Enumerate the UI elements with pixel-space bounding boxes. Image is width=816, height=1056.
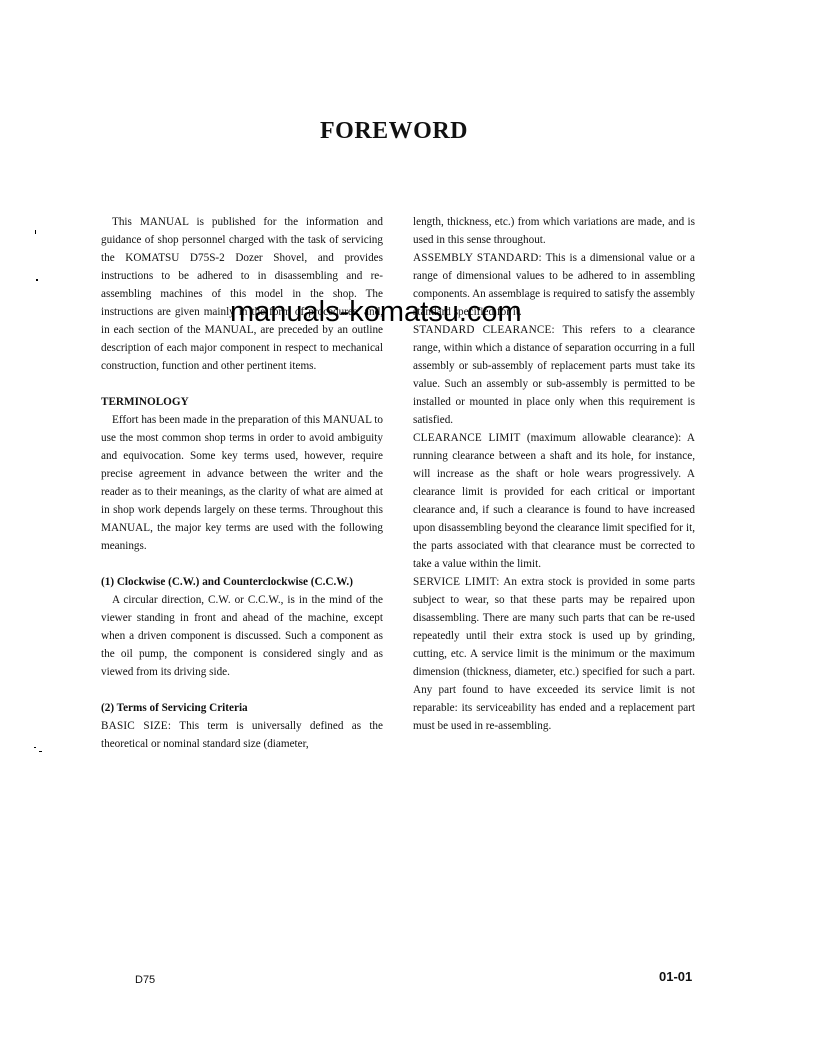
- clearance-limit-text: (maximum allowable clearance): A running…: [413, 432, 695, 570]
- section-1-paragraph: A circular direction, C.W. or C.C.W., is…: [101, 591, 383, 681]
- left-column: This MANUAL is published for the informa…: [101, 213, 383, 753]
- basic-size-term: BASIC SIZE:: [101, 720, 171, 732]
- section-1-heading: (1) Clockwise (C.W.) and Counterclockwis…: [101, 573, 383, 591]
- terminology-paragraph: Effort has been made in the preparation …: [101, 411, 383, 555]
- scan-speck: [39, 751, 42, 752]
- scan-speck: [35, 230, 36, 234]
- basic-size-continued: length, thickness, etc.) from which vari…: [413, 213, 695, 249]
- service-limit-paragraph: SERVICE LIMIT: An extra stock is provide…: [413, 573, 695, 735]
- standard-clearance-text: This refers to a clearance range, within…: [413, 324, 695, 426]
- footer-page-number: 01-01: [659, 969, 692, 984]
- standard-clearance-paragraph: STANDARD CLEARANCE: This refers to a cle…: [413, 321, 695, 429]
- clearance-limit-term: CLEARANCE LIMIT: [413, 432, 521, 444]
- section-2-heading: (2) Terms of Servicing Criteria: [101, 699, 383, 717]
- clearance-limit-paragraph: CLEARANCE LIMIT (maximum allowable clear…: [413, 429, 695, 573]
- footer-model: D75: [135, 974, 155, 986]
- service-limit-text: An extra stock is provided in some parts…: [413, 576, 695, 732]
- page-title: FOREWORD: [0, 118, 788, 145]
- terminology-heading: TERMINOLOGY: [101, 393, 383, 411]
- service-limit-term: SERVICE LIMIT:: [413, 576, 500, 588]
- assembly-standard-term: ASSEMBLY STANDARD:: [413, 252, 542, 264]
- right-column: length, thickness, etc.) from which vari…: [413, 213, 695, 735]
- watermark-overlay: manuals-komatsu.com: [230, 297, 522, 327]
- scan-speck: [34, 747, 36, 748]
- intro-paragraph: This MANUAL is published for the informa…: [101, 213, 383, 375]
- basic-size-paragraph: BASIC SIZE: This term is universally def…: [101, 717, 383, 753]
- scan-speck: [36, 279, 38, 281]
